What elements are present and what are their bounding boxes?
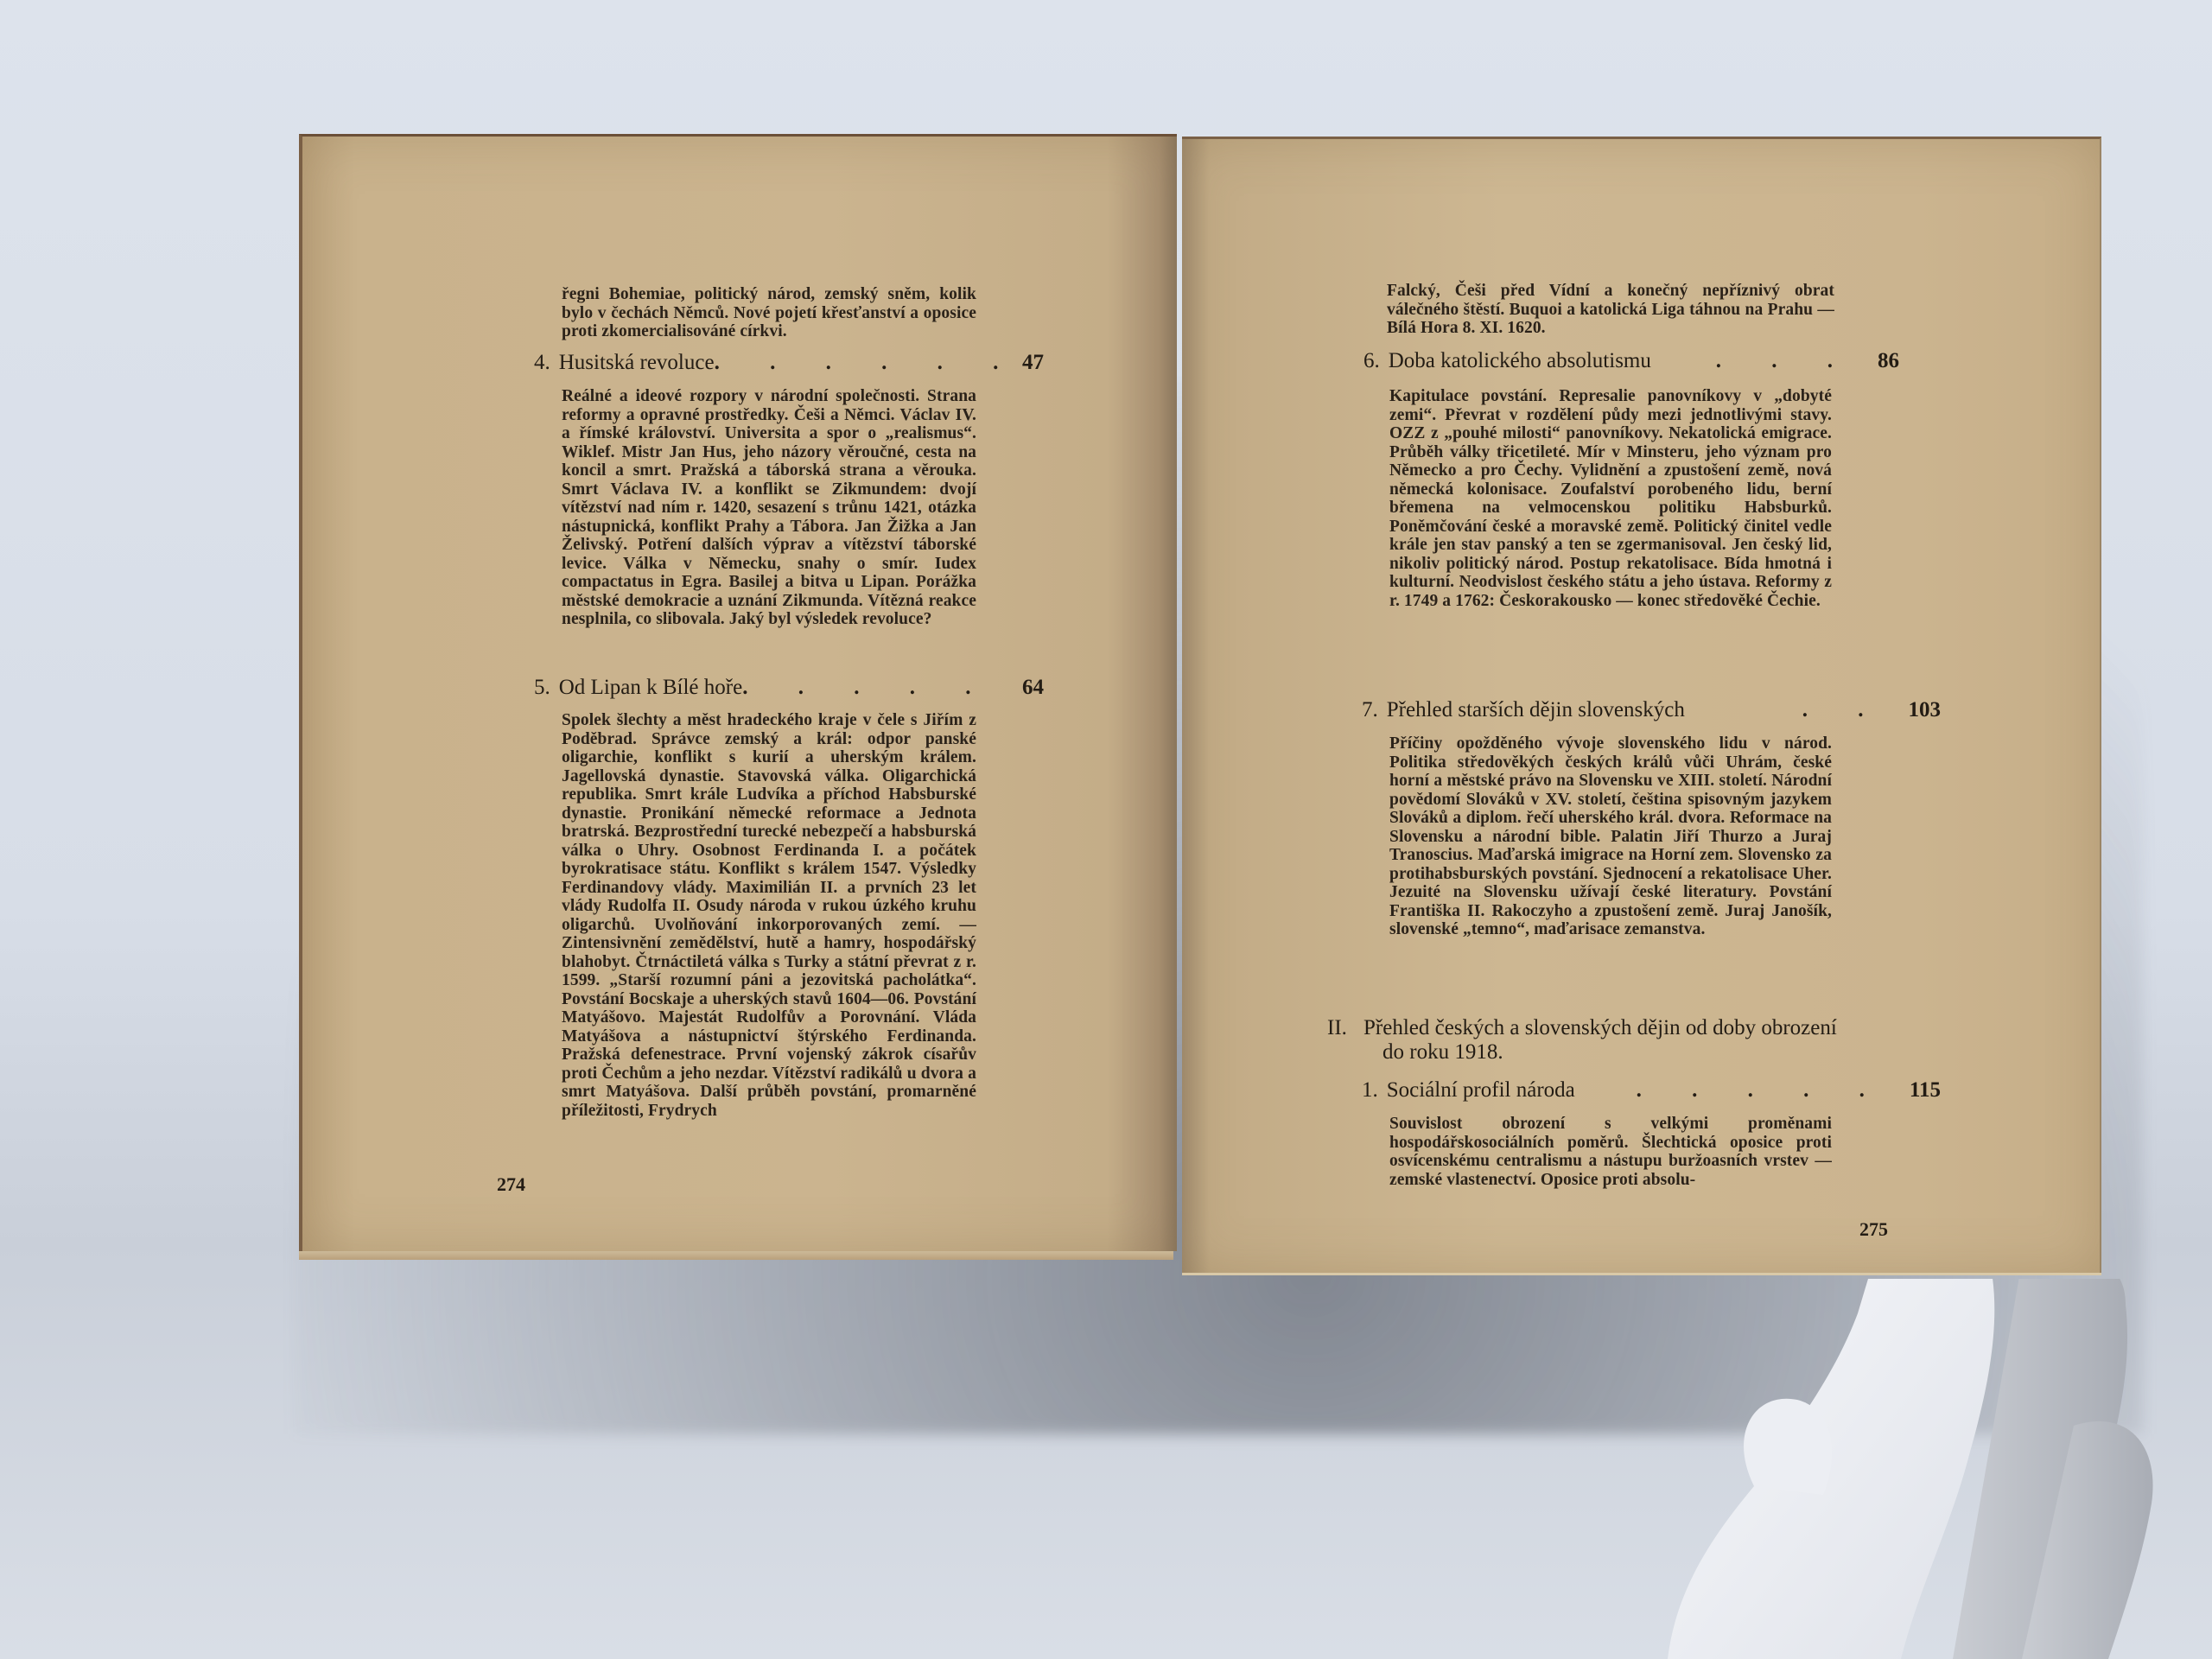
summary-paragraph: Reálné a ideové rozpory v národní společ…	[562, 387, 976, 629]
part-number: II.	[1327, 1016, 1347, 1040]
leader-dots: . .	[1685, 698, 1909, 722]
entry-page-number: 115	[1910, 1078, 1941, 1103]
summary-paragraph: Souvislost obrození s velkými proměnami …	[1389, 1115, 1832, 1189]
part-title: Přehled českých a slovenských dějin od d…	[1363, 1016, 1846, 1065]
leader-dots: . . .	[1651, 349, 1878, 373]
toc-entry-5[interactable]: 5. Od Lipan k Bílé hoře . . . . . . 64	[534, 676, 1044, 700]
leader-dots: . . . . . .	[715, 351, 1022, 375]
continuation-paragraph: Falcký, Češi před Vídní a konečný nepříz…	[1387, 282, 1834, 338]
entry-title: Husitská revoluce	[559, 351, 715, 375]
leader-dots: . . . . . .	[742, 676, 1022, 700]
entry-page-number: 64	[1022, 676, 1044, 700]
right-continuation-text: Falcký, Češi před Vídní a konečný nepříz…	[1387, 282, 1834, 338]
entry-5-summary: Spolek šlechty a měst hradeckého kraje v…	[562, 711, 976, 1120]
toc-entry-7[interactable]: 7. Přehled starších dějin slovenských . …	[1362, 698, 1941, 722]
entry-page-number: 103	[1909, 698, 1942, 722]
left-page-number: 274	[497, 1173, 525, 1196]
gloved-hand-icon	[1469, 1279, 2212, 1659]
toc-entry-6[interactable]: 6. Doba katolického absolutismu . . . 86	[1363, 349, 1899, 373]
summary-paragraph: Spolek šlechty a měst hradeckého kraje v…	[562, 711, 976, 1120]
entry-title: Sociální profil národa	[1387, 1078, 1575, 1103]
summary-paragraph: Příčiny opožděného vývoje slovenského li…	[1389, 734, 1832, 939]
summary-paragraph: Kapitulace povstání. Represalie panovník…	[1389, 387, 1832, 610]
left-continuation-text: řegni Bohemiae, politický národ, zemský …	[562, 285, 976, 341]
continuation-paragraph: řegni Bohemiae, politický národ, zemský …	[562, 285, 976, 341]
entry-ii-1-summary: Souvislost obrození s velkými proměnami …	[1389, 1115, 1832, 1189]
entry-title: Doba katolického absolutismu	[1389, 349, 1651, 373]
entry-4-summary: Reálné a ideové rozpory v národní společ…	[562, 387, 976, 629]
entry-number: 5.	[534, 676, 550, 700]
entry-page-number: 86	[1878, 349, 1899, 373]
entry-number: 1.	[1362, 1078, 1378, 1103]
entry-number: 4.	[534, 351, 550, 375]
entry-number: 6.	[1363, 349, 1380, 373]
right-page-number: 275	[1859, 1218, 1888, 1241]
entry-title: Přehled starších dějin slovenských	[1387, 698, 1685, 722]
entry-title: Od Lipan k Bílé hoře	[559, 676, 742, 700]
entry-6-summary: Kapitulace povstání. Represalie panovník…	[1389, 387, 1832, 610]
toc-entry-4[interactable]: 4. Husitská revoluce . . . . . . 47	[534, 351, 1044, 375]
toc-entry-ii-1[interactable]: 1. Sociální profil národa . . . . . 115	[1362, 1078, 1941, 1103]
entry-page-number: 47	[1022, 351, 1044, 375]
leader-dots: . . . . .	[1575, 1078, 1910, 1103]
toc-part-2[interactable]: II. Přehled českých a slovenských dějin …	[1327, 1016, 1846, 1065]
entry-7-summary: Příčiny opožděného vývoje slovenského li…	[1389, 734, 1832, 939]
entry-number: 7.	[1362, 698, 1378, 722]
